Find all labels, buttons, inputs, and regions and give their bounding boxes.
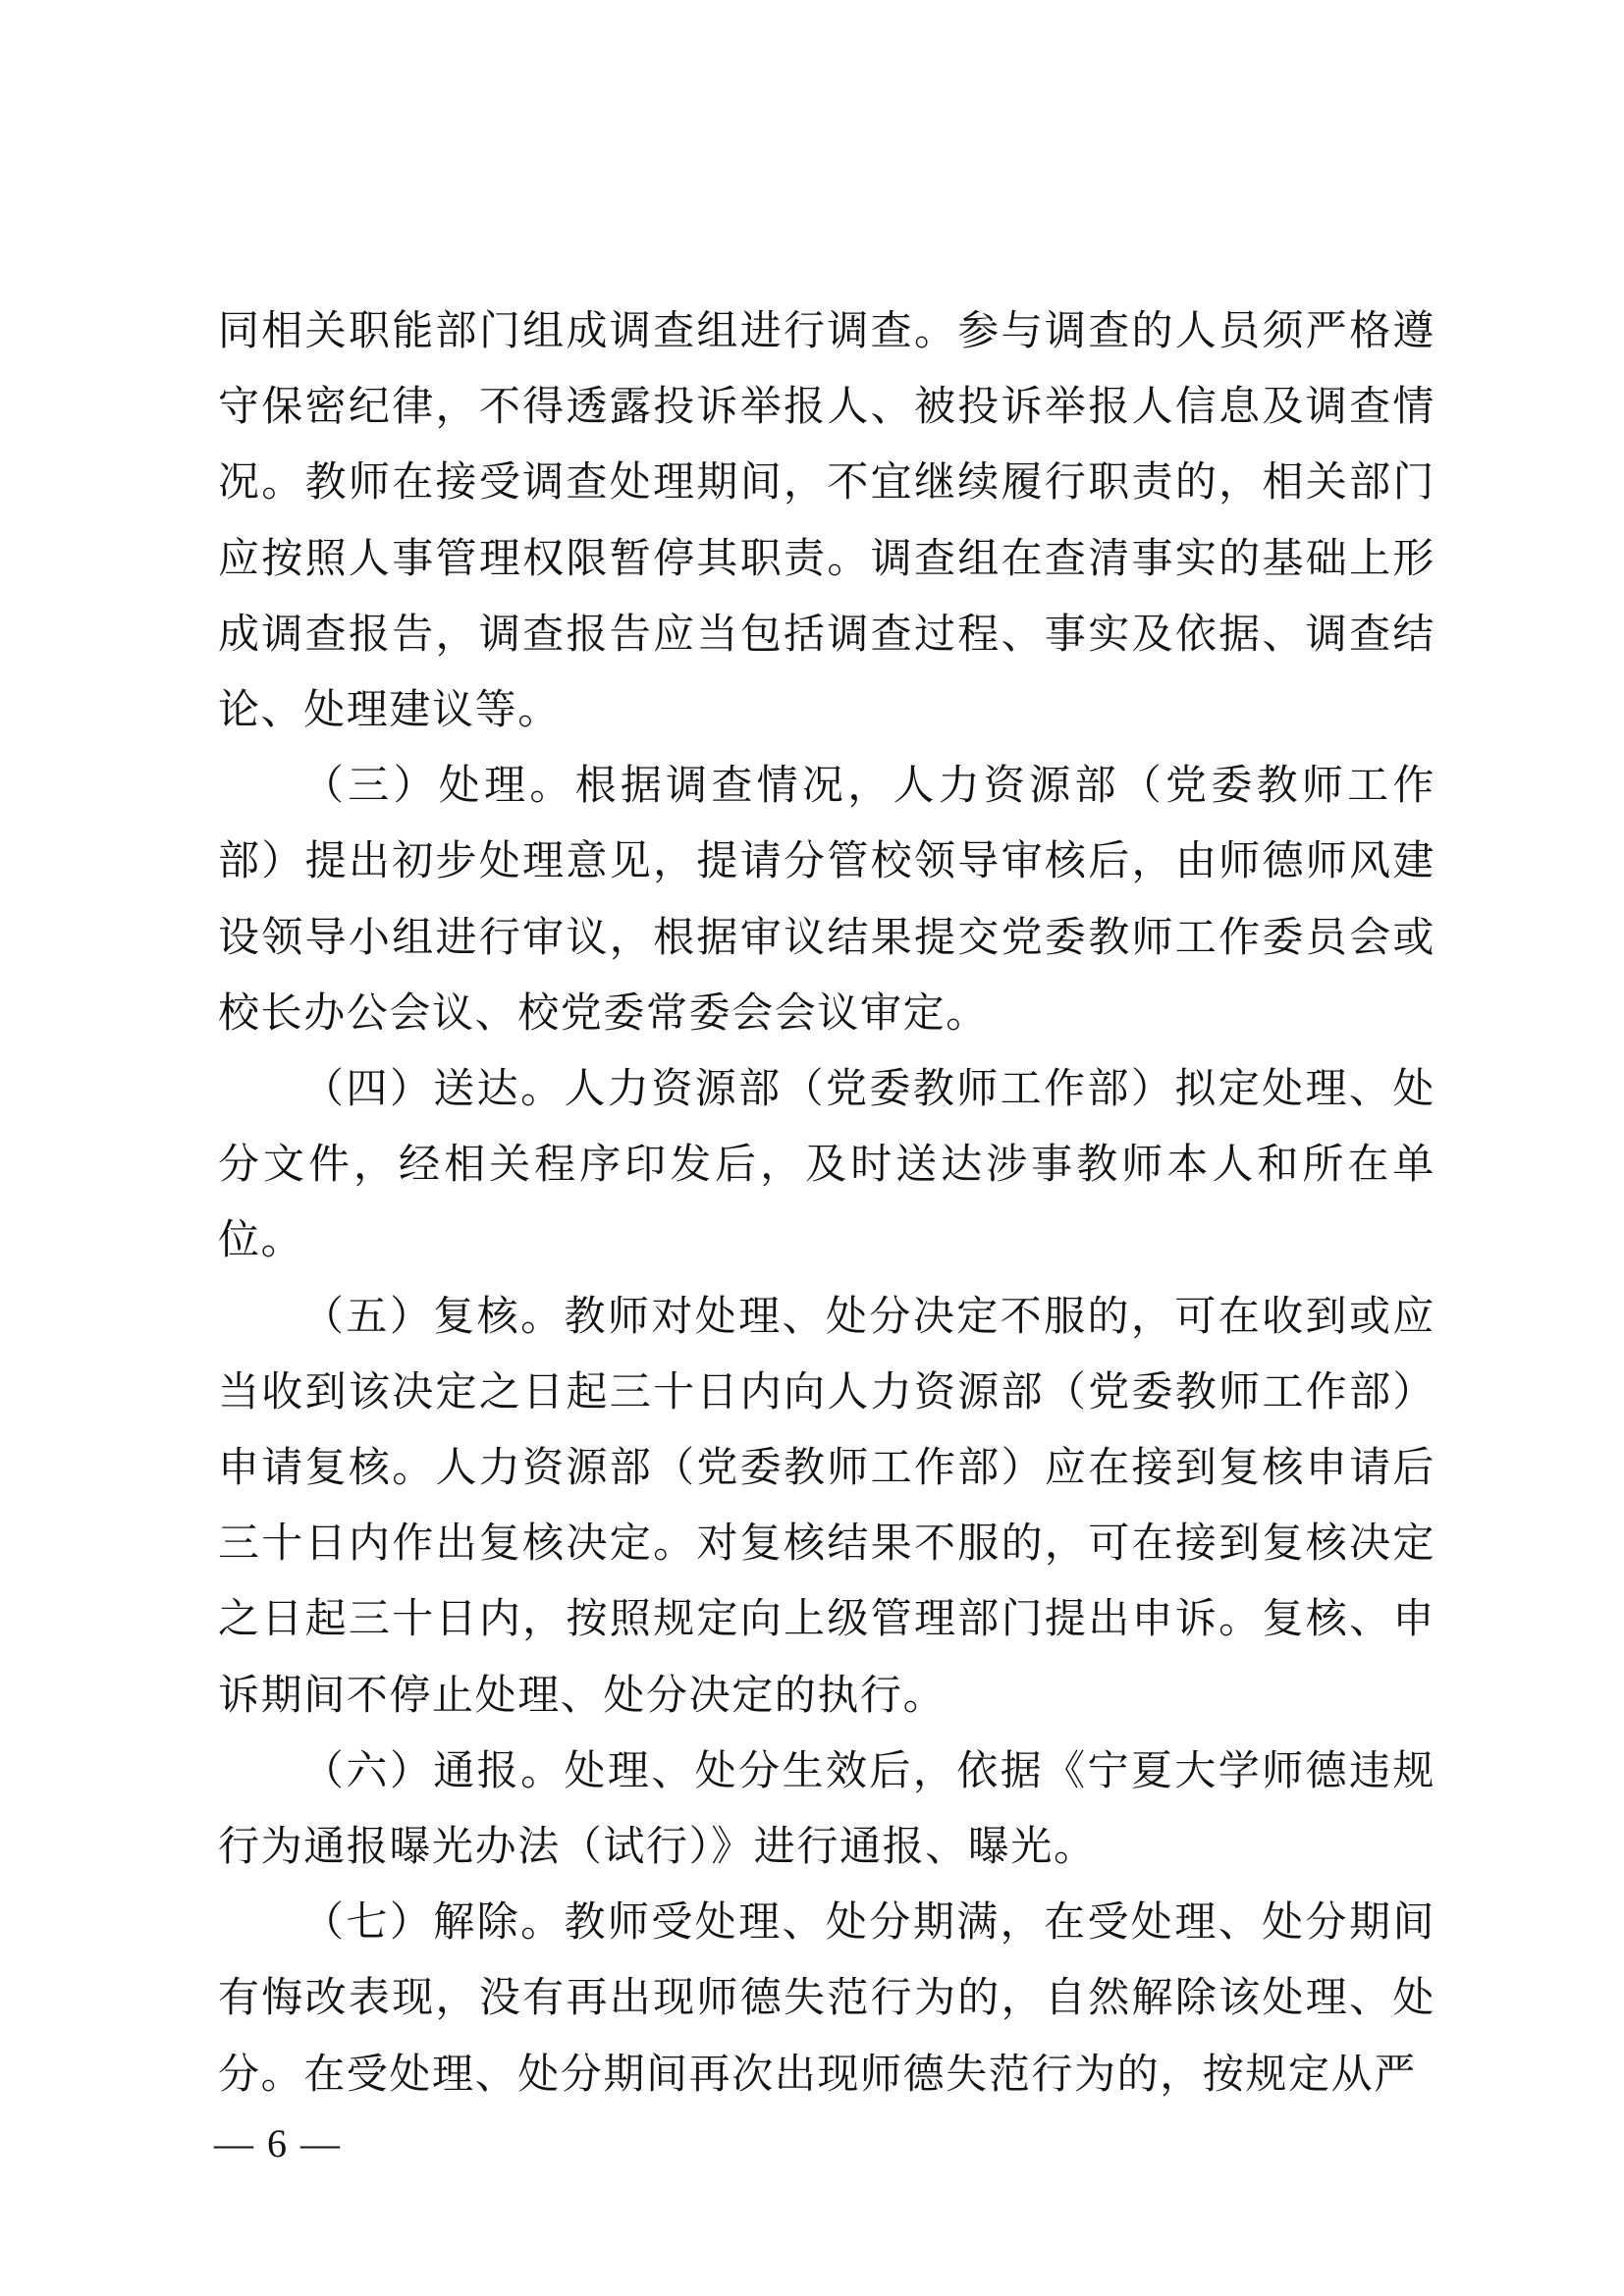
document-page: 同相关职能部门组成调查组进行调查。参与调查的人员须严格遵守保密纪律，不得透露投诉… [0,0,1624,2296]
paragraph-review: （五）复核。教师对处理、处分决定不服的，可在收到或应当收到该决定之日起三十日内向… [218,1278,1435,1733]
page-number: — 6 — [214,2120,342,2166]
paragraph-notification: （六）通报。处理、处分生效后，依据《宁夏大学师德违规行为通报曝光办法（试行）》进… [218,1733,1435,1884]
document-body: 同相关职能部门组成调查组进行调查。参与调查的人员须严格遵守保密纪律，不得透露投诉… [218,293,1435,2111]
paragraph-investigation: 同相关职能部门组成调查组进行调查。参与调查的人员须严格遵守保密纪律，不得透露投诉… [218,293,1435,747]
paragraph-handling: （三）处理。根据调查情况，人力资源部（党委教师工作部）提出初步处理意见，提请分管… [218,747,1435,1050]
paragraph-delivery: （四）送达。人力资源部（党委教师工作部）拟定处理、处分文件，经相关程序印发后，及… [218,1050,1435,1278]
paragraph-release: （七）解除。教师受处理、处分期满，在受处理、处分期间有悔改表现，没有再出现师德失… [218,1884,1435,2111]
